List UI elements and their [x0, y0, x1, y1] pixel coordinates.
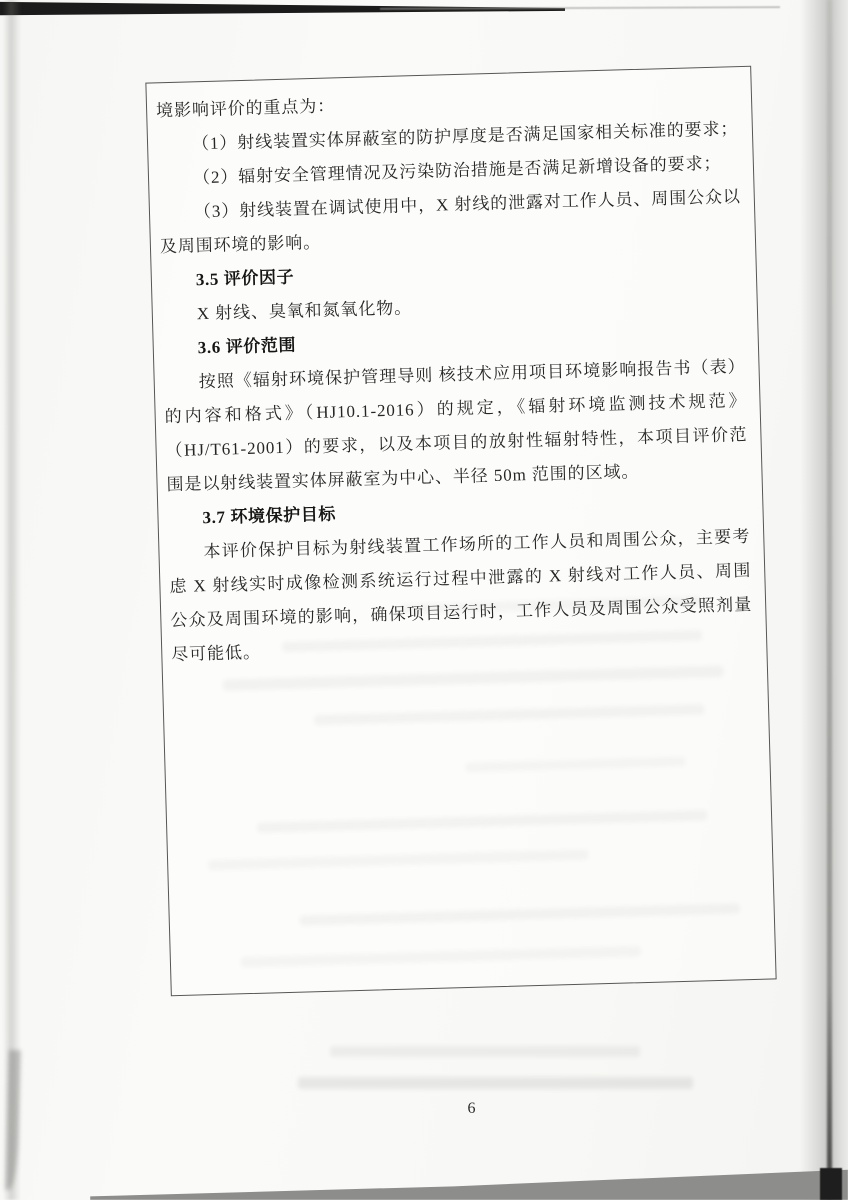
page-number: 6	[436, 1100, 508, 1118]
bleed-through-ghost	[298, 1077, 693, 1089]
scan-artifact-left-streak	[3, 0, 21, 1200]
scan-artifact-top-line	[380, 6, 780, 10]
bleed-through-ghost	[257, 810, 707, 833]
scanned-document-page: 境影响评价的重点为： （1）射线装置实体屏蔽室的防护厚度是否满足国家相关标准的要…	[0, 0, 848, 1200]
bleed-through-ghost	[314, 704, 704, 725]
bleed-through-ghost	[330, 1046, 640, 1057]
paragraph-evaluation-scope: 按照《辐射环境保护管理导则 核技术应用项目环境影响报告书（表）的内容和格式》（H…	[163, 350, 749, 502]
bleed-through-ghost	[223, 666, 723, 691]
scan-artifact-bottom-band	[90, 1164, 848, 1200]
document-border-box: 境影响评价的重点为： （1）射线装置实体屏蔽室的防护厚度是否满足国家相关标准的要…	[145, 66, 776, 997]
scan-artifact-right-line	[827, 0, 832, 1200]
paragraph-protection-targets: 本评价保护目标为射线装置工作场所的工作人员和周围公众，主要考虑 X 射线实时成像…	[168, 520, 754, 672]
bleed-through-ghost	[300, 903, 740, 925]
scan-artifact-bottom-corner	[820, 1168, 842, 1200]
bleed-through-ghost	[465, 757, 685, 772]
bleed-through-ghost	[208, 850, 588, 871]
bleed-through-ghost	[241, 946, 641, 967]
scan-artifact-page-edge-shadow	[800, 0, 848, 1200]
